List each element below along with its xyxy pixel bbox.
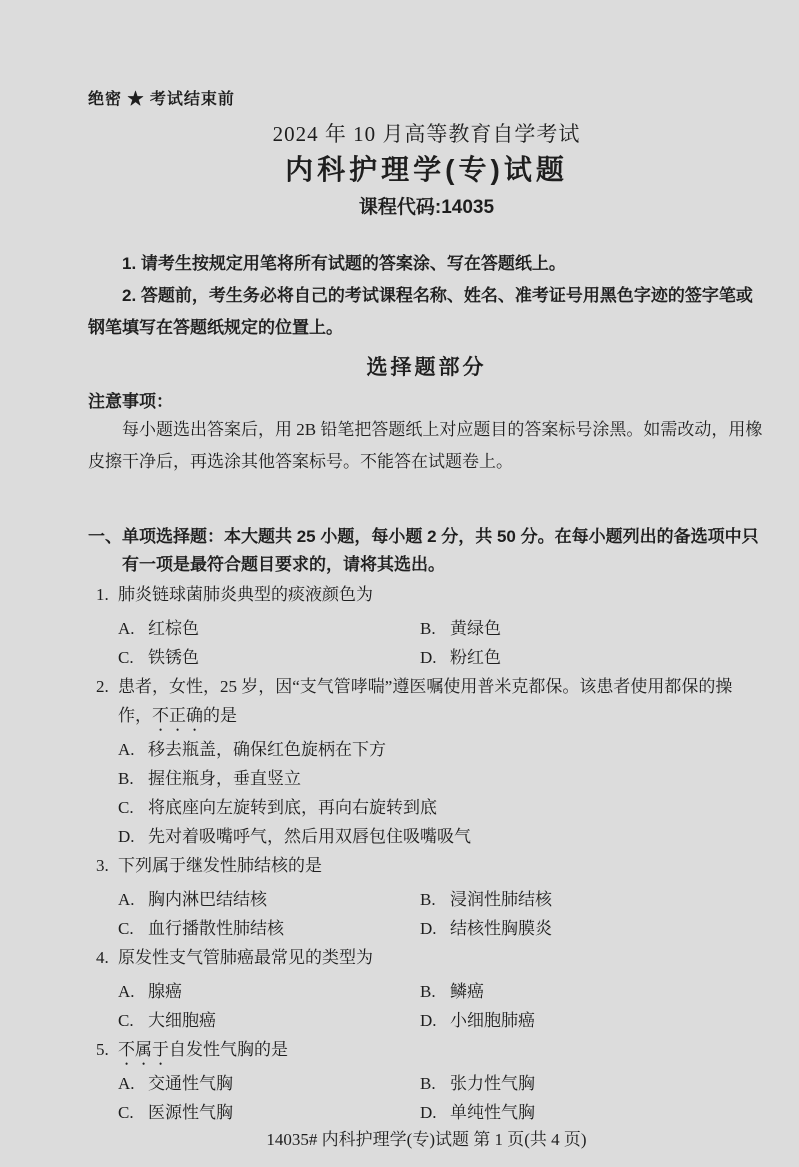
question-5: 5. 不属于自发性气胸的是 A.交通性气胸 B.张力性气胸 C.医源性气胸 D.…: [88, 1035, 765, 1127]
option-label: D.: [420, 643, 450, 672]
question-1: 1. 肺炎链球菌肺炎典型的痰液颜色为 A.红棕色 B.黄绿色 C.铁锈色 D.粉…: [88, 580, 765, 672]
part-title: 选择题部分: [88, 352, 765, 383]
section-heading: 一、单项选择题：本大题共 25 小题，每小题 2 分，共 50 分。在每小题列出…: [88, 523, 765, 579]
option-text: 先对着吸嘴呼气，然后用双唇包住吸嘴吸气: [148, 827, 471, 846]
option-label: B.: [118, 764, 148, 793]
option-b: B.黄绿色: [420, 614, 765, 643]
option-text: 握住瓶身，垂直竖立: [148, 769, 301, 788]
option-b: B.浸润性肺结核: [420, 885, 765, 914]
option-c: C.医源性气胸: [118, 1098, 420, 1127]
option-c: C.铁锈色: [118, 643, 420, 672]
option-d: D.单纯性气胸: [420, 1098, 765, 1127]
option-c: C.将底座向左旋转到底，再向右旋转到底: [118, 793, 765, 822]
attention-body: 每小题选出答案后，用 2B 铅笔把答题纸上对应题目的答案标号涂黑。如需改动，用橡…: [88, 414, 765, 478]
option-text: 粉红色: [450, 648, 501, 667]
options-list: A.红棕色 B.黄绿色 C.铁锈色 D.粉红色: [118, 614, 765, 672]
instruction-item-1: 1. 请考生按规定用笔将所有试题的答案涂、写在答题纸上。: [88, 248, 765, 280]
question-number: 2.: [96, 672, 109, 701]
option-label: B.: [420, 614, 450, 643]
options-list: A.移去瓶盖，确保红色旋柄在下方 B.握住瓶身，垂直竖立 C.将底座向左旋转到底…: [118, 735, 765, 851]
option-label: B.: [420, 885, 450, 914]
option-label: A.: [118, 885, 148, 914]
option-a: A.红棕色: [118, 614, 420, 643]
option-c: C.大细胞癌: [118, 1006, 420, 1035]
exam-session-title: 2024 年 10 月高等教育自学考试: [88, 120, 765, 148]
option-text: 小细胞肺癌: [450, 1011, 535, 1030]
option-d: D.结核性胸膜炎: [420, 914, 765, 943]
option-text: 医源性气胸: [148, 1103, 233, 1122]
option-label: A.: [118, 977, 148, 1006]
question-stem: 患者，女性，25 岁，因“支气管哮喘”遵医嘱使用普米克都保。该患者使用都保的操作…: [118, 672, 738, 735]
question-stem: 肺炎链球菌肺炎典型的痰液颜色为: [118, 580, 738, 614]
option-text: 单纯性气胸: [450, 1103, 535, 1122]
question-number: 1.: [96, 580, 109, 609]
option-label: D.: [420, 914, 450, 943]
stem-emphasis: 不正确: [152, 706, 203, 725]
option-b: B.握住瓶身，垂直竖立: [118, 764, 765, 793]
option-a: A.交通性气胸: [118, 1069, 420, 1098]
question-number: 5.: [96, 1035, 109, 1064]
question-3: 3. 下列属于继发性肺结核的是 A.胸内淋巴结结核 B.浸润性肺结核 C.血行播…: [88, 851, 765, 943]
stem-text: 下列属于继发性肺结核的是: [118, 856, 322, 875]
options-list: A.交通性气胸 B.张力性气胸 C.医源性气胸 D.单纯性气胸: [118, 1069, 765, 1127]
option-b: B.张力性气胸: [420, 1069, 765, 1098]
question-2: 2. 患者，女性，25 岁，因“支气管哮喘”遵医嘱使用普米克都保。该患者使用都保…: [88, 672, 765, 851]
option-a: A.腺癌: [118, 977, 420, 1006]
general-instructions: 1. 请考生按规定用笔将所有试题的答案涂、写在答题纸上。 2. 答题前，考生务必…: [88, 248, 765, 344]
option-a: A.胸内淋巴结结核: [118, 885, 420, 914]
stem-emphasis: 不属于: [118, 1040, 169, 1059]
option-a: A.移去瓶盖，确保红色旋柄在下方: [118, 735, 765, 764]
option-label: C.: [118, 643, 148, 672]
option-text: 将底座向左旋转到底，再向右旋转到底: [148, 798, 437, 817]
option-text: 交通性气胸: [148, 1074, 233, 1093]
option-label: C.: [118, 1006, 148, 1035]
question-number: 4.: [96, 943, 109, 972]
option-label: D.: [118, 822, 148, 851]
option-text: 大细胞癌: [148, 1011, 216, 1030]
option-b: B.鳞癌: [420, 977, 765, 1006]
option-text: 红棕色: [148, 619, 199, 638]
attention-heading: 注意事项：: [88, 391, 765, 413]
option-label: C.: [118, 1098, 148, 1127]
question-4: 4. 原发性支气管肺癌最常见的类型为 A.腺癌 B.鳞癌 C.大细胞癌 D.小细…: [88, 943, 765, 1035]
page-footer: 14035# 内科护理学(专)试题 第 1 页(共 4 页): [88, 1129, 765, 1151]
question-stem: 原发性支气管肺癌最常见的类型为: [118, 943, 738, 977]
option-label: A.: [118, 614, 148, 643]
classification-banner: 绝密 ★ 考试结束前: [88, 90, 765, 110]
stem-text: 肺炎链球菌肺炎典型的痰液颜色为: [118, 585, 373, 604]
option-text: 移去瓶盖，确保红色旋柄在下方: [148, 740, 386, 759]
option-text: 浸润性肺结核: [450, 890, 552, 909]
option-label: C.: [118, 914, 148, 943]
options-list: A.胸内淋巴结结核 B.浸润性肺结核 C.血行播散性肺结核 D.结核性胸膜炎: [118, 885, 765, 943]
option-text: 鳞癌: [450, 982, 484, 1001]
options-list: A.腺癌 B.鳞癌 C.大细胞癌 D.小细胞肺癌: [118, 977, 765, 1035]
option-c: C.血行播散性肺结核: [118, 914, 420, 943]
option-label: A.: [118, 735, 148, 764]
option-text: 黄绿色: [450, 619, 501, 638]
question-number: 3.: [96, 851, 109, 880]
option-text: 结核性胸膜炎: [450, 919, 552, 938]
option-d: D.小细胞肺癌: [420, 1006, 765, 1035]
question-stem: 不属于自发性气胸的是: [118, 1035, 738, 1069]
option-label: B.: [420, 977, 450, 1006]
option-d: D.粉红色: [420, 643, 765, 672]
exam-paper-page: 绝密 ★ 考试结束前 2024 年 10 月高等教育自学考试 内科护理学(专)试…: [0, 0, 799, 1167]
instruction-item-2: 2. 答题前，考生务必将自己的考试课程名称、姓名、准考证号用黑色字迹的签字笔或钢…: [88, 280, 765, 344]
paper-title: 内科护理学(专)试题: [88, 152, 765, 188]
option-label: D.: [420, 1006, 450, 1035]
option-label: B.: [420, 1069, 450, 1098]
option-d: D.先对着吸嘴呼气，然后用双唇包住吸嘴吸气: [118, 822, 765, 851]
option-text: 张力性气胸: [450, 1074, 535, 1093]
option-label: D.: [420, 1098, 450, 1127]
option-text: 血行播散性肺结核: [148, 919, 284, 938]
option-text: 腺癌: [148, 982, 182, 1001]
stem-text: 的是: [203, 706, 237, 725]
option-label: C.: [118, 793, 148, 822]
option-text: 胸内淋巴结结核: [148, 890, 267, 909]
question-list: 1. 肺炎链球菌肺炎典型的痰液颜色为 A.红棕色 B.黄绿色 C.铁锈色 D.粉…: [88, 580, 765, 1127]
option-text: 铁锈色: [148, 648, 199, 667]
stem-text: 自发性气胸的是: [169, 1040, 288, 1059]
stem-text: 原发性支气管肺癌最常见的类型为: [118, 948, 373, 967]
question-stem: 下列属于继发性肺结核的是: [118, 851, 738, 885]
course-code: 课程代码:14035: [88, 196, 765, 220]
option-label: A.: [118, 1069, 148, 1098]
